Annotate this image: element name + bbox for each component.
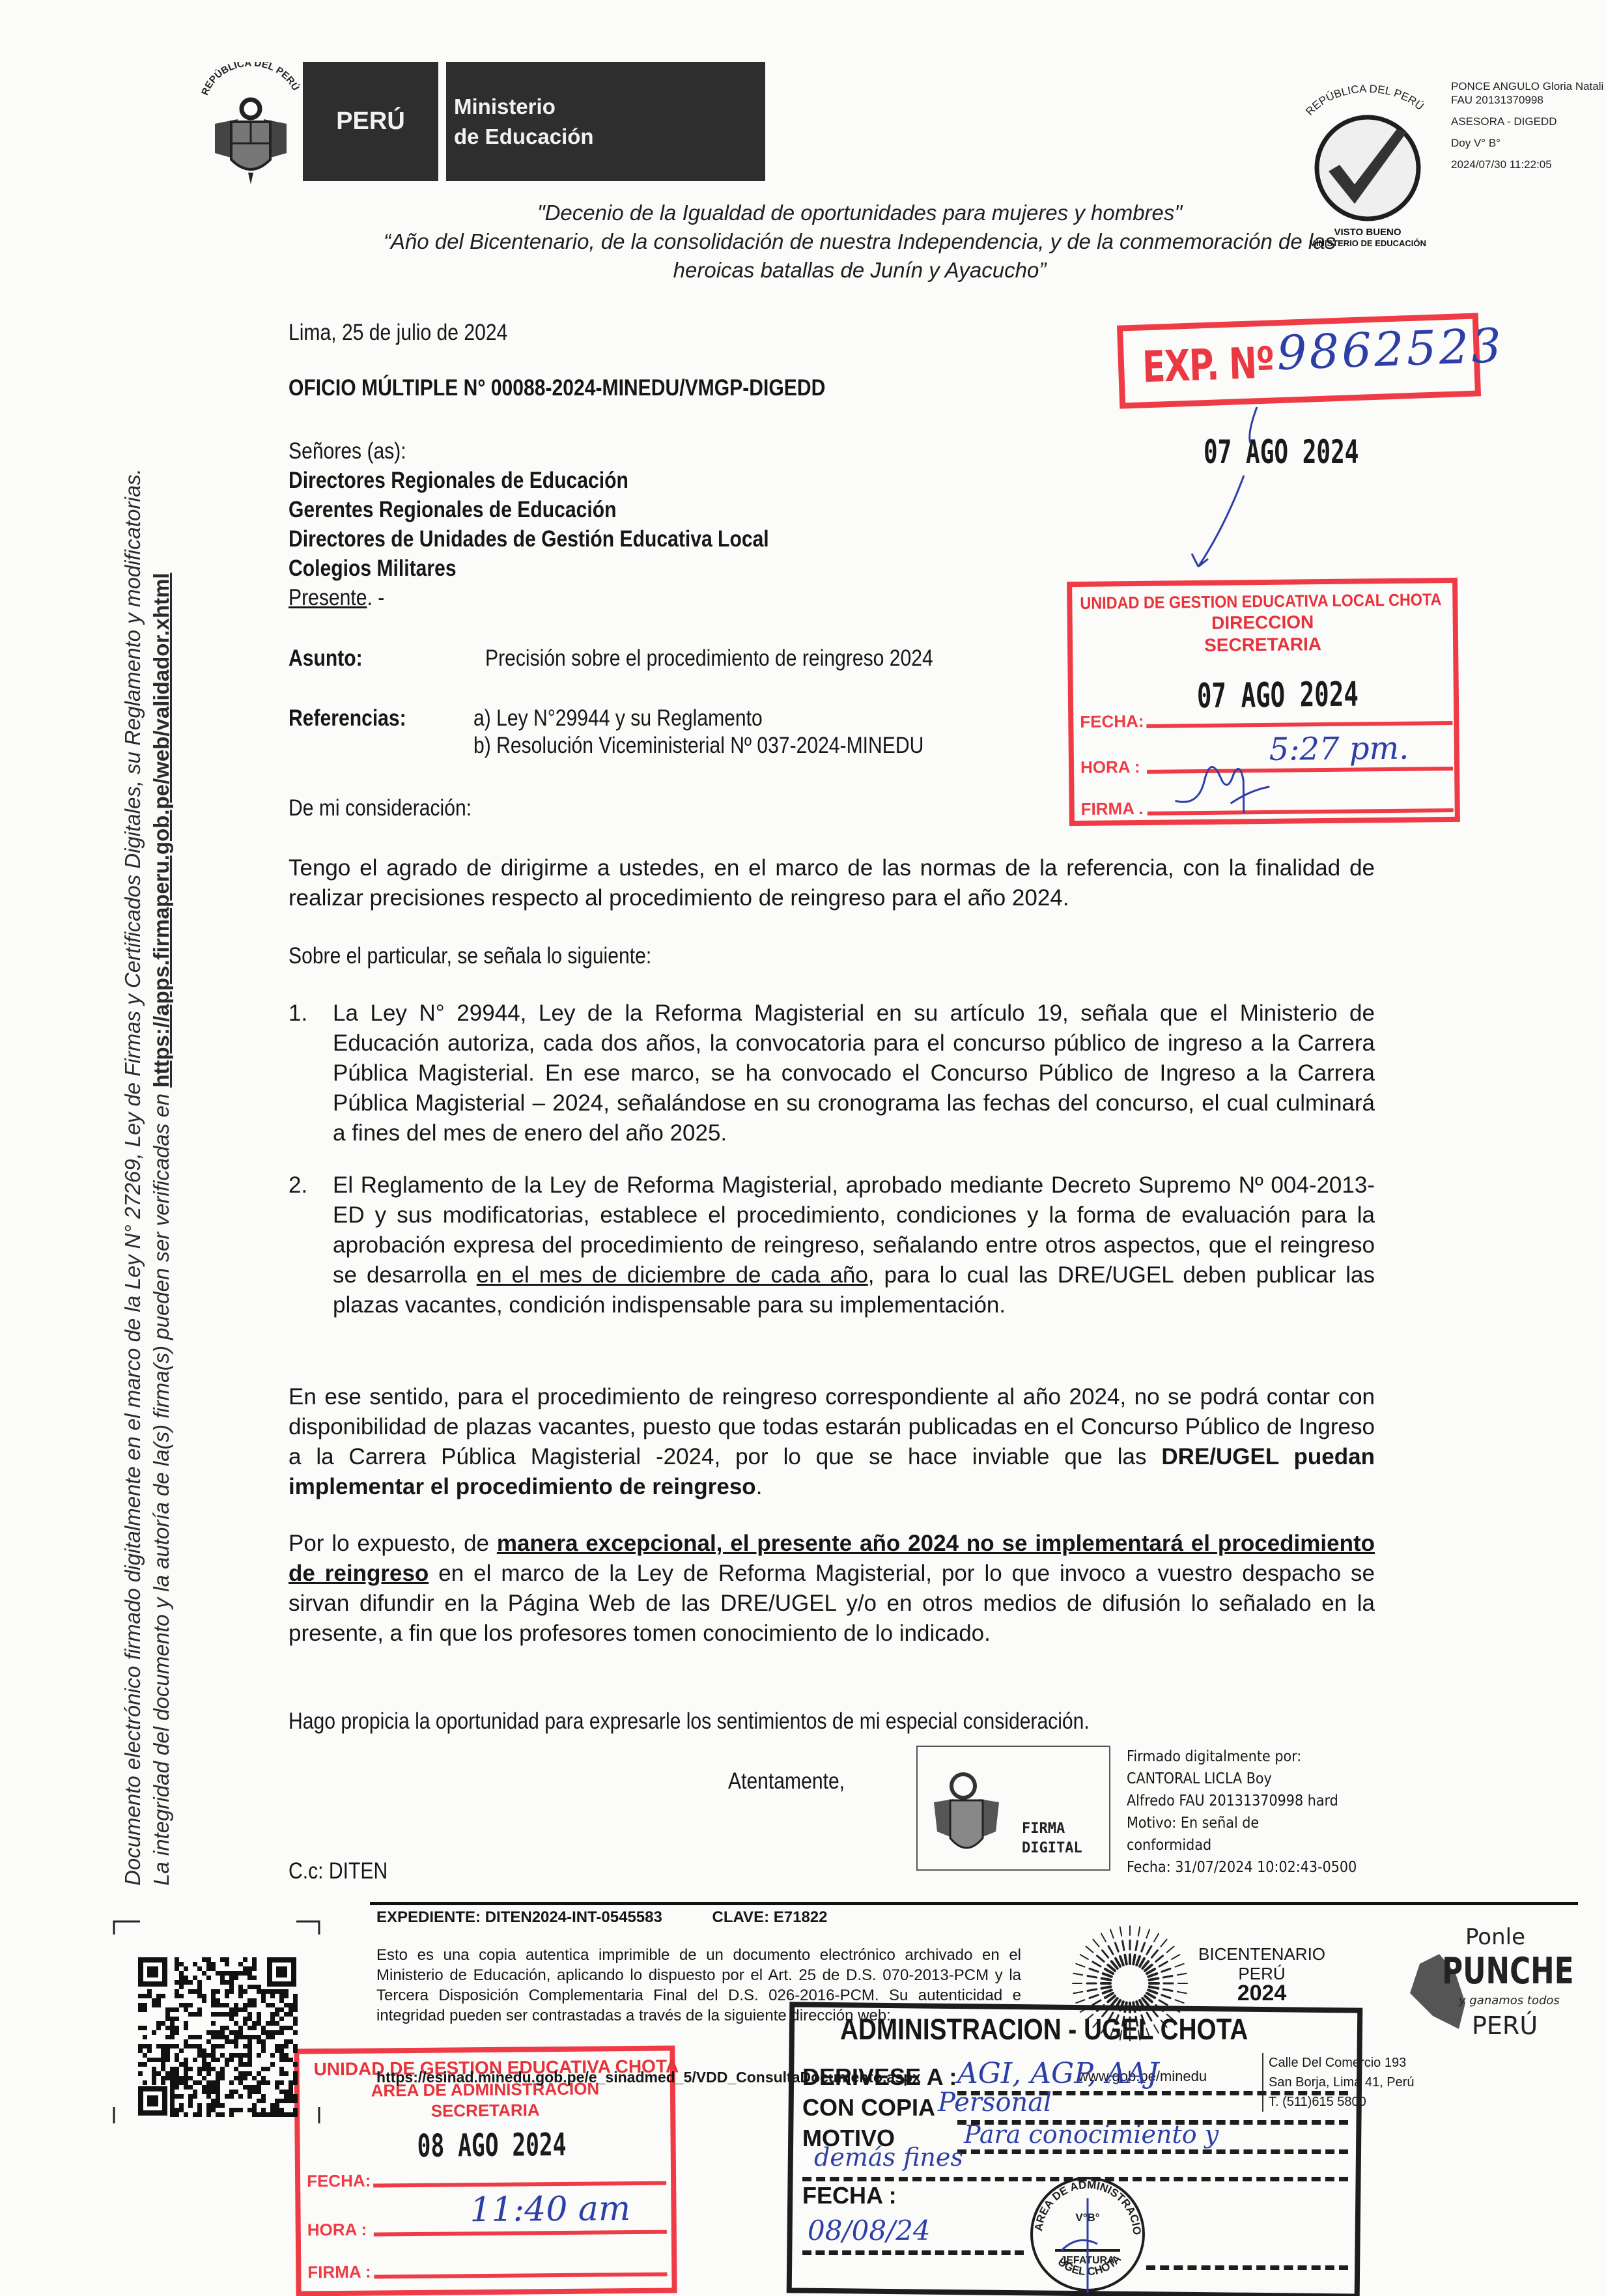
list-number: 1.: [289, 999, 333, 1148]
sig-line: Motivo: En señal de: [1127, 1812, 1357, 1834]
sig-line: Alfredo FAU 20131370998 hard: [1127, 1790, 1357, 1812]
list-text: La Ley N° 29944, Ley de la Reforma Magis…: [333, 999, 1375, 1148]
digital-signature-side-note: Documento electrónico firmado digitalmen…: [119, 179, 176, 1886]
motto-line2: “Año del Bicentenario, de la consolidaci…: [274, 227, 1446, 256]
subject-text: Precisión sobre el procedimiento de rein…: [485, 644, 933, 673]
motivo-value-cont: demás fines: [814, 2143, 963, 2172]
brand-country: PERÚ: [336, 107, 405, 135]
salutation-to: Señores (as):: [289, 436, 406, 466]
side-note-line2: La integridad del documento y la autoría…: [147, 179, 176, 1886]
motto-line1: "Decenio de la Igualdad de oportunidades…: [274, 199, 1446, 227]
peru-coat-of-arms-icon: REPÚBLICA DEL PERÚ: [199, 62, 303, 186]
svg-text:VISTO BUENO: VISTO BUENO: [1334, 227, 1401, 238]
references-label: Referencias:: [289, 703, 406, 733]
svg-text:PERÚ: PERÚ: [1472, 2011, 1538, 2040]
presente-word: Presente: [289, 585, 367, 610]
recipient: Directores Regionales de Educación: [289, 466, 628, 496]
exp-number: 9862523: [1276, 318, 1504, 380]
qr-code[interactable]: [111, 1918, 322, 2127]
recipient: Gerentes Regionales de Educación: [289, 495, 617, 525]
fecha-label: FECHA :: [802, 2182, 897, 2209]
underlined-run: en el mes de diciembre de cada año: [477, 1262, 868, 1288]
reference-item: a) Ley N°29944 y su Reglamento: [473, 703, 763, 733]
vb-timestamp: 2024/07/30 11:22:05: [1451, 158, 1606, 171]
motivo-value: Para conocimiento y: [964, 2120, 1219, 2149]
svg-text:y ganamos todos: y ganamos todos: [1458, 1994, 1560, 2007]
paragraph-inviable: En ese sentido, para el procedimiento de…: [289, 1382, 1375, 1502]
ministry-line1: Ministerio: [454, 92, 765, 122]
expediente-number: EXPEDIENTE: DITEN2024-INT-0545583: [376, 1908, 662, 1926]
derivese-value: AGI, AGP, AAJ: [957, 2057, 1159, 2090]
svg-text:PUNCHE: PUNCHE: [1442, 1949, 1573, 1992]
document-number: OFICIO MÚLTIPLE N° 00088-2024-MINEDU/VMG…: [289, 373, 825, 403]
handwritten-arrow-icon: [1185, 404, 1263, 573]
recipient: Directores de Unidades de Gestión Educat…: [289, 524, 769, 554]
stamp-title: UNIDAD DE GESTION EDUCATIVA LOCAL CHOTA: [1080, 589, 1441, 614]
lead-paragraph: Sobre el particular, se señala lo siguie…: [289, 941, 651, 971]
fecha-value: 08/08/24: [808, 2215, 931, 2246]
stamp-line3: SECRETARIA: [1073, 632, 1453, 657]
hora-value: 5:27 pm.: [1269, 730, 1409, 768]
stamp-date: 07 AGO 2024: [1197, 675, 1359, 716]
sign-off: Atentamente,: [728, 1766, 845, 1796]
list-number: 2.: [289, 1170, 333, 1320]
firma-label: FIRMA .: [1081, 799, 1144, 819]
footer-rule: [370, 1902, 1578, 1905]
svg-text:Ponle: Ponle: [1465, 1924, 1525, 1950]
subject-label: Asunto:: [289, 644, 363, 673]
list-item: 1. La Ley N° 29944, Ley de la Reforma Ma…: [289, 999, 1375, 1148]
paragraph-decision: Por lo expuesto, de manera excepcional, …: [289, 1529, 1375, 1649]
visto-bueno-seal: REPÚBLICA DEL PERÚ VISTO BUENO MINISTERI…: [1293, 77, 1443, 253]
visto-bueno-info: PONCE ANGULO Gloria Natali FAU 201313709…: [1451, 79, 1606, 179]
svg-text:DIGITAL: DIGITAL: [1022, 1840, 1082, 1856]
presente-suffix: . -: [367, 585, 384, 610]
vb-action: Doy V° B°: [1451, 136, 1606, 150]
side-note-line1: Documento electrónico firmado digitalmen…: [119, 179, 147, 1886]
recipient: Colegios Militares: [289, 554, 457, 584]
text-run: en el marco de la Ley de Reforma Magiste…: [289, 1561, 1375, 1646]
handwritten-signature-icon: [1172, 741, 1289, 821]
fecha-label: FECHA:: [1080, 711, 1144, 732]
hora-label: HORA :: [1080, 757, 1140, 778]
stamp-date: 08 AGO 2024: [417, 2127, 566, 2164]
bicent-line3: 2024: [1198, 1983, 1325, 2003]
svg-text:FIRMA: FIRMA: [1022, 1821, 1065, 1837]
svg-text:AREA DE ADMINISTRACION: AREA DE ADMINISTRACION: [1026, 2172, 1143, 2235]
svg-text:REPÚBLICA DEL PERÚ: REPÚBLICA DEL PERÚ: [199, 62, 302, 97]
validator-link[interactable]: https://apps.firmaperu.gob.pe/web/valida…: [149, 573, 173, 1087]
text-run: Por lo expuesto, de: [289, 1531, 497, 1556]
place-date: Lima, 25 de julio de 2024: [289, 318, 507, 348]
footer-expediente: EXPEDIENTE: DITEN2024-INT-0545583 CLAVE:…: [376, 1908, 827, 1927]
expediente-stamp: EXP. Nº 9862523: [1117, 313, 1481, 408]
fecha-label: FECHA:: [307, 2171, 371, 2192]
presente: Presente. -: [289, 583, 384, 613]
svg-text:MINISTERIO DE EDUCACIÓN: MINISTERIO DE EDUCACIÓN: [1309, 238, 1426, 248]
con-copia-value: Personal: [938, 2088, 1052, 2118]
sig-line: conformidad: [1127, 1834, 1357, 1856]
side-note-prefix: La integridad del documento y la autoría…: [149, 1088, 173, 1886]
greeting: De mi consideración:: [289, 793, 472, 823]
digital-signature-details: Firmado digitalmente por: CANTORAL LICLA…: [1127, 1746, 1357, 1878]
firma-label: FIRMA :: [307, 2262, 371, 2283]
sig-line: Firmado digitalmente por:: [1127, 1746, 1357, 1768]
ugel-direccion-stamp: UNIDAD DE GESTION EDUCATIVA LOCAL CHOTA …: [1067, 578, 1460, 826]
admin-stamp-title: ADMINISTRACION - UGEL CHOTA: [840, 2013, 1248, 2047]
admin-jefatura-seal: AREA DE ADMINISTRACION V°B° JEFATURA UGE…: [1026, 2172, 1149, 2296]
sig-line: CANTORAL LICLA Boy: [1127, 1768, 1357, 1790]
svg-text:REPÚBLICA DEL PERÚ: REPÚBLICA DEL PERÚ: [1303, 83, 1426, 118]
digital-signature-stamp: FIRMA DIGITAL: [916, 1746, 1110, 1871]
bicentenario-logo: BICENTENARIO PERÚ 2024: [1198, 1944, 1325, 2003]
motto-line3: heroicas batallas de Junín y Ayacucho”: [274, 256, 1446, 285]
con-copia-label: CON COPIA: [802, 2094, 935, 2121]
peru-brand-block: PERÚ: [303, 62, 438, 181]
hora-value: 11:40 am: [470, 2189, 630, 2230]
text-run: .: [756, 1474, 763, 1499]
ponle-punche-logo: Ponle PUNCHE y ganamos todos PERÚ: [1394, 1918, 1596, 2048]
ministry-brand-block: Ministerio de Educación: [446, 62, 765, 181]
stamp-line3: SECRETARIA: [300, 2099, 671, 2123]
closing: Hago propicia la oportunidad para expres…: [289, 1707, 1090, 1736]
reference-item: b) Resolución Viceministerial Nº 037-202…: [473, 731, 923, 761]
bicent-line1: BICENTENARIO: [1198, 1944, 1325, 1964]
vb-role: ASESORA - DIGEDD: [1451, 115, 1606, 128]
clave: CLAVE: E71822: [712, 1908, 828, 1926]
hora-label: HORA :: [307, 2220, 367, 2241]
list-text: El Reglamento de la Ley de Reforma Magis…: [333, 1170, 1375, 1320]
intro-paragraph: Tengo el agrado de dirigirme a ustedes, …: [289, 853, 1375, 913]
carbon-copy: C.c: DITEN: [289, 1856, 387, 1886]
ministry-line2: de Educación: [454, 122, 765, 152]
stamp-line2: DIRECCION: [1073, 610, 1453, 635]
vb-signer: PONCE ANGULO Gloria Natali FAU 201313709…: [1451, 79, 1606, 107]
derivese-label: DERIVESE A :: [802, 2063, 957, 2091]
list-item: 2. El Reglamento de la Ley de Reforma Ma…: [289, 1170, 1375, 1320]
exp-label: EXP. Nº: [1142, 337, 1275, 392]
sig-line: Fecha: 31/07/2024 10:02:43-0500: [1127, 1856, 1357, 1878]
